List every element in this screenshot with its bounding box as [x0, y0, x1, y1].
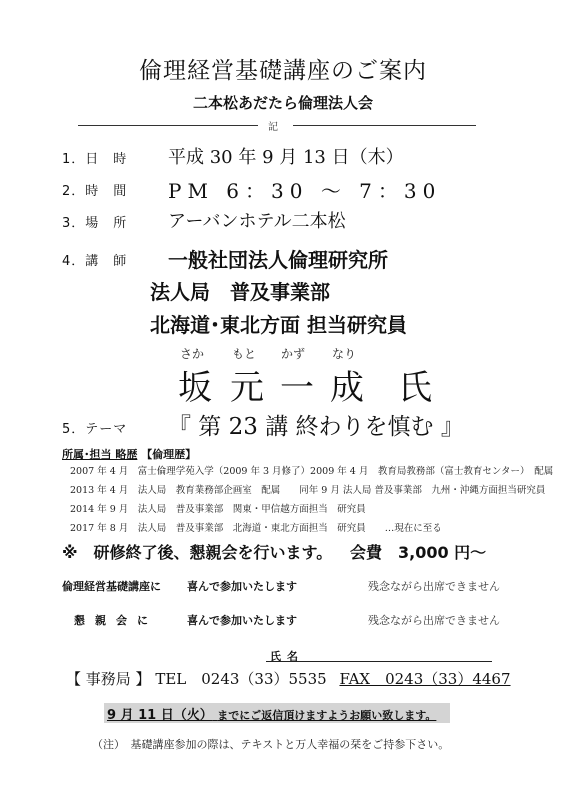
office-tel: TEL 0243（33）5535 — [155, 670, 326, 688]
career-heading-tag: 【倫理歴】 — [141, 448, 196, 461]
rsvp-social-label: 懇親会に — [74, 612, 158, 628]
social-notice: ※ 研修終了後、懇親会を行います。 — [62, 540, 332, 563]
reply-deadline: 9 月 11 日（火） までにご返信頂けますようお願い致します。 — [107, 704, 436, 723]
speaker-name-char: 坂 — [178, 360, 212, 409]
speaker-name-char: 一 — [280, 360, 314, 409]
lecturer-label: 4．講 師 — [62, 250, 127, 269]
rsvp-lecture-no-option[interactable]: 残念ながら出席できません — [368, 578, 500, 594]
speaker-name-char: 元 — [230, 360, 264, 409]
lecturer-department: 法人局 普及事業部 — [150, 276, 330, 305]
name-field[interactable] — [266, 661, 492, 662]
organization-name: 二本松あだたら倫理法人会 — [0, 92, 566, 113]
time-value: PM 6：30 ～ 7：30 — [168, 175, 441, 204]
divider-right — [293, 125, 476, 126]
page-title: 倫理経営基礎講座のご案内 — [0, 52, 566, 85]
rsvp-lecture-yes-option[interactable]: 喜んで参加いたします — [187, 578, 297, 594]
lecturer-org: 一般社団法人倫理研究所 — [168, 244, 388, 273]
deadline-date: 9 月 11 日（火） — [107, 708, 213, 723]
rsvp-social-yes-option[interactable]: 喜んで参加いたします — [187, 612, 297, 628]
theme-value: 『 第 23 講 終わりを慎む 』 — [168, 408, 464, 441]
theme-label: 5．テーマ — [62, 418, 127, 437]
social-fee: 会費 3,000 円～ — [350, 540, 486, 563]
speaker-honorific: 氏 — [398, 360, 432, 409]
office-contact: 【 事務局 】 TEL 0243（33）5535 FAX 0243（33）446… — [66, 668, 511, 689]
divider-label: 記 — [268, 118, 278, 133]
office-label: 【 事務局 】 — [66, 670, 151, 688]
career-row: 2017 年 8 月 法人局 普及事業部 北海道・東北方面担当 研究員 …現在に… — [70, 520, 442, 534]
divider-left — [78, 125, 258, 126]
time-label: 2．時 間 — [62, 180, 127, 199]
deadline-text: までにご返信頂けますようお願い致します。 — [217, 709, 436, 722]
venue-value: アーバンホテル二本松 — [168, 207, 346, 233]
office-fax: FAX 0243（33）4467 — [339, 670, 510, 688]
footnote: （注） 基礎講座参加の際は、テキストと万人幸福の栞をご持参下さい。 — [92, 736, 449, 752]
career-row: 2013 年 4 月 法人局 教育業務部企画室 配属 同年 9 月 法人局 普及… — [70, 482, 545, 496]
career-row: 2014 年 9 月 法人局 普及事業部 関東・甲信越方面担当 研究員 — [70, 501, 366, 515]
career-heading: 所属･担当 略歴 【倫理歴】 — [62, 446, 196, 462]
date-value: 平成 30 年 9 月 13 日（木） — [168, 143, 404, 169]
rsvp-lecture-label: 倫理経営基礎講座に — [62, 578, 161, 594]
speaker-name-char: 成 — [330, 360, 364, 409]
lecturer-role: 北海道･東北方面 担当研究員 — [150, 309, 407, 338]
venue-label: 3．場 所 — [62, 212, 127, 231]
date-label: 1．日 時 — [62, 148, 127, 167]
career-heading-text: 所属･担当 略歴 — [62, 448, 137, 461]
career-row: 2007 年 4 月 富士倫理学苑入学（2009 年 3 月修了）2009 年 … — [70, 463, 553, 477]
rsvp-social-no-option[interactable]: 残念ながら出席できません — [368, 612, 500, 628]
